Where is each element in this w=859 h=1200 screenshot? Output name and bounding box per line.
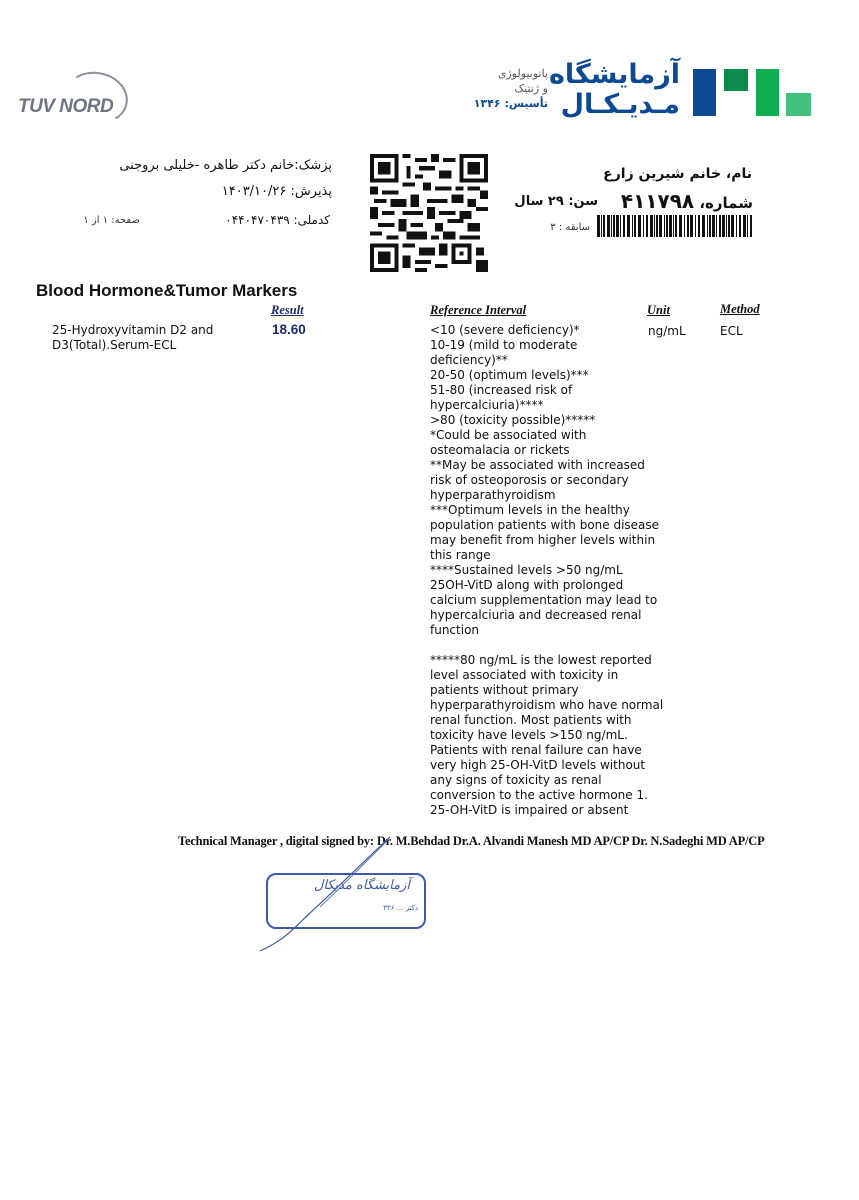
lab-subtitle: پاتوبیولوژی و ژنتیک تأسیس: ۱۳۴۶ bbox=[470, 66, 548, 111]
reference-line: deficiency)** bbox=[430, 353, 655, 368]
patient-number-value: ۴۱۱۷۹۸ bbox=[621, 189, 694, 213]
reference-line: osteomalacia or rickets bbox=[430, 443, 655, 458]
column-header-unit: Unit bbox=[647, 303, 670, 318]
reference-line: may benefit from higher levels within bbox=[430, 533, 655, 548]
test-name-line1: 25-Hydroxyvitamin D2 and bbox=[52, 323, 252, 338]
lab-name-line1: آزمایشگاه bbox=[560, 60, 680, 90]
reference-interval: <10 (severe deficiency)*10-19 (mild to m… bbox=[430, 323, 655, 818]
test-result: 18.60 bbox=[272, 322, 306, 337]
page-number: صفحه: ۱ از ۱ bbox=[40, 215, 140, 226]
patient-name: نام، خانم شیرین زارع bbox=[500, 166, 752, 182]
reference-line: >80 (toxicity possible)***** bbox=[430, 413, 655, 428]
lab-name-line2: مـدیـکـال bbox=[560, 90, 680, 120]
lab-name: آزمایشگاه مـدیـکـال bbox=[560, 60, 680, 120]
reference-line: ***Optimum levels in the healthy bbox=[430, 503, 655, 518]
national-id-label: کدملی: bbox=[294, 213, 330, 227]
test-name: 25-Hydroxyvitamin D2 and D3(Total).Serum… bbox=[52, 323, 252, 353]
reference-line: 25-OH-VitD is impaired or absent bbox=[430, 803, 655, 818]
admission-value: ۱۴۰۳/۱۰/۲۶ bbox=[222, 184, 287, 199]
reference-line: **May be associated with increased bbox=[430, 458, 655, 473]
reference-line: Patients with renal failure can have bbox=[430, 743, 655, 758]
reference-line: any signs of toxicity as renal bbox=[430, 773, 655, 788]
reference-line: hyperparathyroidism who have normal bbox=[430, 698, 655, 713]
qr-code-icon bbox=[370, 154, 488, 272]
reference-line: this range bbox=[430, 548, 655, 563]
reference-line: conversion to the active hormone 1. bbox=[430, 788, 655, 803]
page-label: صفحه: bbox=[111, 215, 140, 226]
patient-history: سابقه : ۳ bbox=[500, 222, 590, 233]
reference-line: *Could be associated with bbox=[430, 428, 655, 443]
page-value: ۱ از ۱ bbox=[83, 215, 108, 226]
reference-line: renal function. Most patients with bbox=[430, 713, 655, 728]
reference-line: calcium supplementation may lead to bbox=[430, 593, 655, 608]
lab-subtitle-line2: و ژنتیک bbox=[470, 81, 548, 96]
column-header-result: Result bbox=[271, 303, 304, 318]
reference-line: function bbox=[430, 623, 655, 638]
reference-line: 20-50 (optimum levels)*** bbox=[430, 368, 655, 383]
column-header-method: Method bbox=[720, 302, 760, 317]
patient-name-label: نام، bbox=[726, 166, 752, 182]
barcode-icon bbox=[597, 215, 753, 237]
history-label: سابقه : bbox=[559, 222, 590, 233]
reference-line: ****Sustained levels >50 ng/mL bbox=[430, 563, 655, 578]
lab-subtitle-line1: پاتوبیولوژی bbox=[470, 66, 548, 81]
column-header-reference: Reference Interval bbox=[430, 303, 526, 318]
patient-age-label: سن: bbox=[568, 194, 598, 209]
admission-date: پذیرش: ۱۴۰۳/۱۰/۲۶ bbox=[40, 184, 332, 199]
reference-line: 25OH-VitD along with prolonged bbox=[430, 578, 655, 593]
national-id-value: ۰۴۴۰۴۷۰۴۳۹ bbox=[225, 213, 289, 227]
patient-age: سن: ۲۹ سال bbox=[500, 194, 598, 209]
test-name-line2: D3(Total).Serum-ECL bbox=[52, 338, 252, 353]
tuv-nord-logo: TUV NORD bbox=[18, 96, 113, 118]
national-id: کدملی: ۰۴۴۰۴۷۰۴۳۹ bbox=[150, 213, 330, 227]
reference-line: *****80 ng/mL is the lowest reported bbox=[430, 653, 655, 668]
reference-line: hyperparathyroidism bbox=[430, 488, 655, 503]
lab-established: تأسیس: ۱۳۴۶ bbox=[470, 96, 548, 111]
section-title: Blood Hormone&Tumor Markers bbox=[36, 281, 297, 301]
reference-line: <10 (severe deficiency)* bbox=[430, 323, 655, 338]
reference-line: very high 25-OH-VitD levels without bbox=[430, 758, 655, 773]
doctor-name: پزشک:خانم دکتر طاهره -خلیلی بروجنی bbox=[40, 158, 332, 173]
reference-line: toxicity have levels >150 ng/mL. bbox=[430, 728, 655, 743]
test-method: ECL bbox=[720, 324, 743, 338]
reference-line: population patients with bone disease bbox=[430, 518, 655, 533]
signature-icon bbox=[240, 835, 400, 955]
reference-line: 51-80 (increased risk of bbox=[430, 383, 655, 398]
reference-line: level associated with toxicity in bbox=[430, 668, 655, 683]
lab-logo-icon bbox=[693, 69, 811, 116]
admission-label: پذیرش: bbox=[291, 184, 332, 199]
reference-line: hypercalciuria)**** bbox=[430, 398, 655, 413]
patient-name-value: خانم شیرین زارع bbox=[603, 166, 721, 182]
reference-line: 10-19 (mild to moderate bbox=[430, 338, 655, 353]
patient-number-label: شماره، bbox=[699, 194, 753, 212]
history-value: ۳ bbox=[550, 222, 555, 233]
reference-line: patients without primary bbox=[430, 683, 655, 698]
patient-number: شماره، ۴۱۱۷۹۸ bbox=[590, 189, 753, 213]
reference-line: risk of osteoporosis or secondary bbox=[430, 473, 655, 488]
reference-line bbox=[430, 638, 655, 653]
reference-line: hypercalciuria and decreased renal bbox=[430, 608, 655, 623]
patient-age-value: ۲۹ سال bbox=[514, 194, 563, 209]
